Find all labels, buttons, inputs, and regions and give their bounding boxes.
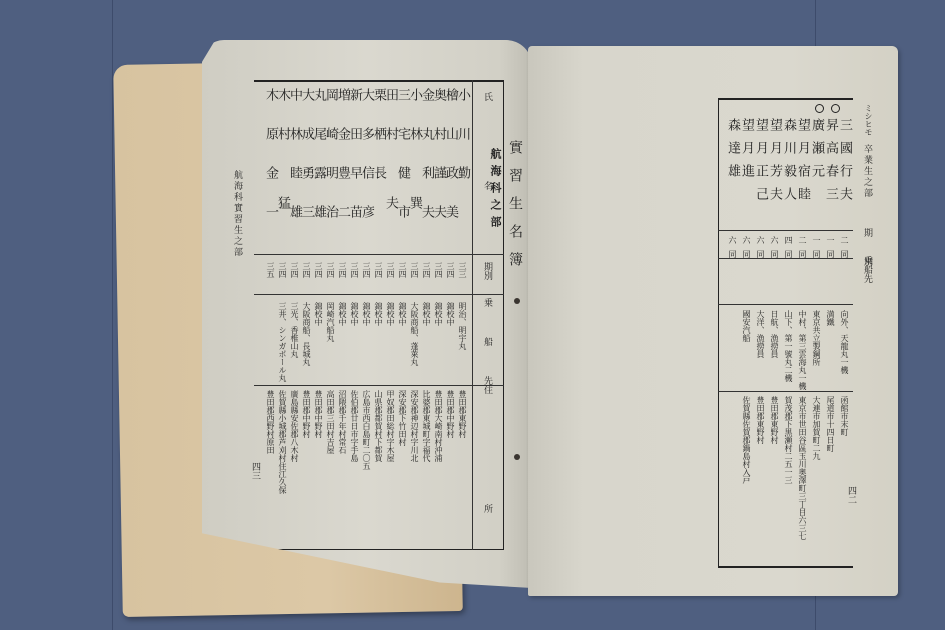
graduate-period: 六同 [756,236,764,264]
student-address: 豊田郡大崎南村沖浦 [434,390,442,462]
graduate-period: 六同 [728,236,736,264]
student-period: 三四 [386,262,394,278]
student-period: 三四 [410,262,418,278]
student-ship: 大阪商船、蓬萊丸 [410,302,418,366]
student-ship: 三光、香椎山丸 [290,302,298,358]
student-ship: 錦校中 [350,302,358,326]
row-divider [254,385,504,386]
row-divider [254,254,504,255]
student-address: 廣島縣安佐郡八木村 [290,390,298,462]
graduate-ship: 大洋、漁撈員 [756,310,764,358]
student-address: 深安郡下竹田村 [398,390,406,446]
section-title: 卒業生之部 [862,144,871,199]
student-period: 三五 [266,262,274,278]
header-address: 住所 [482,385,491,623]
student-period: 三四 [278,262,286,278]
graduate-name: 望月正己 [754,118,767,210]
graduate-name: 望月芳夫 [768,118,781,210]
row-divider [718,391,853,392]
student-address: 豊田郡東野村 [458,390,466,438]
graduate-ship: 中村、第三雲海丸一機 [798,310,806,390]
graduate-address: 豊田郡東野村 [770,396,778,444]
student-ship: 明治、明宇丸 [458,302,466,350]
student-ship: 錦校中 [386,302,394,326]
row-divider [254,294,504,295]
graduate-ship: 東京共立製鋼所 [812,310,820,366]
student-address: 高田郡三田村吉屋 [326,390,334,454]
student-name: 木原金一 [264,88,277,244]
student-ship: 大阪商船、長城丸 [302,302,310,366]
graduate-period: 六同 [770,236,778,264]
row-divider [718,230,853,231]
graduate-name: 望月宿睦 [796,118,809,210]
student-period: 三四 [338,262,346,278]
header-period: 期別 [482,262,491,280]
graduate-name: 森川毅人 [782,118,795,210]
student-ship: 錦校中 [338,302,346,326]
student-period: 三三 [458,262,466,278]
graduate-ship: 向外、天龍丸一機 [840,310,848,374]
section-title: 航海科之部 [490,148,501,233]
graduate-address: 佐賀縣佐賀郡鍋島村入戸 [742,396,750,484]
student-address: 豊田郡中野村 [314,390,322,438]
student-address: 佐賀縣小城郡芦刈村住江久保 [278,390,286,494]
book-title: 實習生名簿 [508,140,522,280]
header-divider [472,80,473,550]
row-divider [718,304,853,305]
graduate-period: 一同 [826,236,834,264]
graduate-ship: 日航、漁撈員 [770,310,778,358]
graduate-address: 豊田郡東野村 [756,396,764,444]
graduate-ship: 山下、第一號丸二機 [784,310,792,382]
graduate-address: 尾道市十四日町 [826,396,834,452]
student-address: 比婆郡東城町字福代 [422,390,430,462]
student-period: 三四 [290,262,298,278]
student-address: 佐伯郡廿日市字手島 [350,390,358,462]
student-address: 豊田郡中野村 [302,390,310,438]
student-ship: 錦校中 [398,302,406,326]
student-address: 甲奴郡田総村字木屋 [386,390,394,462]
running-head: ミシヒモ [864,104,872,136]
student-period: 三四 [434,262,442,278]
margin-label: 航海科實習生之部 [232,170,241,258]
student-period: 三四 [350,262,358,278]
student-address: 豊田郡西野村原田 [266,390,274,454]
page-number: 四三 [250,462,259,480]
student-period: 三四 [374,262,382,278]
student-ship: 錦校中 [446,302,454,326]
student-address: 広島市西白島町二〇五 [362,390,370,470]
student-address: 豊田郡中野村 [446,390,454,438]
graduate-name: 三國行夫 [838,118,851,210]
graduate-name: 廣瀬元 [810,118,823,187]
graduate-period: 二同 [840,236,848,264]
student-ship: 錦校中 [434,302,442,326]
student-address: 沼隈郡千年村常石 [338,390,346,454]
graduate-address: 賀茂郡下黒瀬村二五一三 [784,396,792,484]
graduate-name: 望月進 [740,118,753,187]
graduate-period: 六同 [742,236,750,264]
graduate-period: 一同 [812,236,820,264]
header-ship: 乗船先 [862,256,871,283]
student-period: 三四 [326,262,334,278]
student-ship: 錦校中 [422,302,430,326]
circle-mark [831,104,840,113]
student-address: 深安郡神辺村字川北 [410,390,418,462]
student-ship: 三井、シンガポール丸 [278,302,286,382]
graduate-period: 二同 [798,236,806,264]
binding-hole [514,454,520,460]
graduate-ship: 満鐵 [826,310,834,326]
graduate-period: 四同 [784,236,792,264]
left-page: 氏名 期別 乗船先 住所 航海科實習生之部 實習生名簿 航海科之部 四三 小川勤… [202,40,532,588]
graduate-name: 森達雄 [726,118,739,187]
student-address: 山県郡都賀村下都賀 [374,390,382,462]
binding-hole [514,298,520,304]
graduate-ship: 國安汽船 [742,310,750,342]
student-ship: 岡崎汽船丸 [326,302,334,342]
graduate-address: 函館市末町 [840,396,848,436]
student-period: 三四 [446,262,454,278]
graduate-name: 昇高春三 [824,118,837,210]
circle-mark [815,104,824,113]
right-page: ミシヒモ 卒業生之部 期別 乗船先 四二 三國行夫二同向外、天龍丸一機函館市末町… [528,46,898,596]
student-period: 三四 [398,262,406,278]
student-period: 三四 [422,262,430,278]
student-ship: 錦校中 [362,302,370,326]
graduate-address: 大連市加賀町二九 [812,396,820,460]
student-ship: 錦校中 [374,302,382,326]
page-number: 四二 [846,486,855,504]
student-period: 三四 [362,262,370,278]
student-ship: 錦校中 [314,302,322,326]
student-period: 三四 [314,262,322,278]
student-period: 三四 [302,262,310,278]
graduate-address: 東京市世田谷區玉川奥澤町三丁目六三七 [798,396,806,540]
